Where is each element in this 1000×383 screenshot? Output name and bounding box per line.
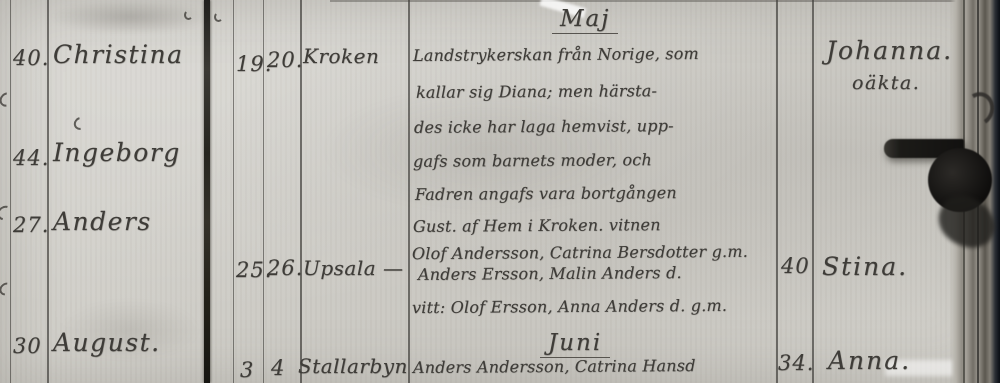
row-number: 27. — [13, 213, 49, 237]
column-rule — [233, 0, 234, 383]
page-edge-line — [977, 0, 979, 383]
column-rule — [10, 0, 11, 383]
ink-dot — [184, 10, 193, 20]
child-name: Ingeborg — [53, 138, 181, 167]
mother-age: 34. — [778, 351, 814, 375]
column-rule — [812, 0, 814, 383]
entry-text-line: Anders Andersson, Catrina Hansd — [413, 356, 696, 377]
month-header-june: Juni — [540, 330, 610, 358]
ink-dot — [214, 12, 223, 22]
month-header-may: Maj — [552, 6, 618, 34]
child-name: Johanna. — [826, 36, 953, 65]
entry-text-line: gafs som barnets moder, och — [413, 150, 652, 171]
child-name: Christina — [53, 40, 184, 69]
register-page-scan: Maj Juni 40. Christina 44. Ingeborg 27. … — [0, 0, 1000, 383]
mother-age: 40 — [781, 254, 810, 278]
page-edge-line — [963, 0, 965, 383]
entry-text-line: Anders Ersson, Malin Anders d. — [418, 263, 682, 284]
stroke-fragment — [0, 280, 15, 298]
column-rule — [408, 0, 410, 383]
column-rule — [776, 0, 778, 383]
entry-text-line: vitt: Olof Ersson, Anna Anders d. g.m. — [412, 296, 727, 317]
entry-text-line: Landstrykerskan från Norige, som — [413, 44, 699, 65]
entry-text-line: Fadren angafs vara bortgången — [415, 183, 677, 204]
place-name: Stallarbyn — [298, 354, 408, 378]
place-name: Upsala — — [303, 256, 404, 280]
entry-text-line: Olof Andersson, Catrina Bersdotter g.m. — [412, 242, 748, 263]
pen-flourish — [71, 115, 88, 133]
birth-day: 3 — [240, 358, 254, 382]
child-name: Stina. — [822, 252, 908, 281]
row-number: 44. — [13, 146, 49, 170]
stroke-fragment — [0, 90, 16, 110]
row-number: 30 — [13, 334, 42, 358]
page-gutter-rule — [204, 0, 210, 383]
entry-text-line: Gust. af Hem i Kroken. vitnen — [413, 215, 661, 236]
child-name: Anna. — [828, 346, 911, 375]
entry-text-line: kallar sig Diana; men härsta- — [416, 81, 657, 102]
baptism-day: 26. — [267, 256, 303, 280]
place-name: Kroken — [303, 44, 379, 68]
entry-text-line: des icke har laga hemvist, upp- — [414, 116, 674, 137]
baptism-day: 4 — [271, 356, 285, 380]
row-number: 40. — [13, 46, 49, 70]
child-name: August. — [53, 328, 161, 357]
top-rule — [330, 0, 990, 2]
legitimacy-note: oäkta. — [852, 72, 920, 94]
baptism-day: 20. — [267, 48, 303, 72]
child-name: Anders — [53, 207, 152, 236]
book-page-edges — [950, 0, 1000, 383]
